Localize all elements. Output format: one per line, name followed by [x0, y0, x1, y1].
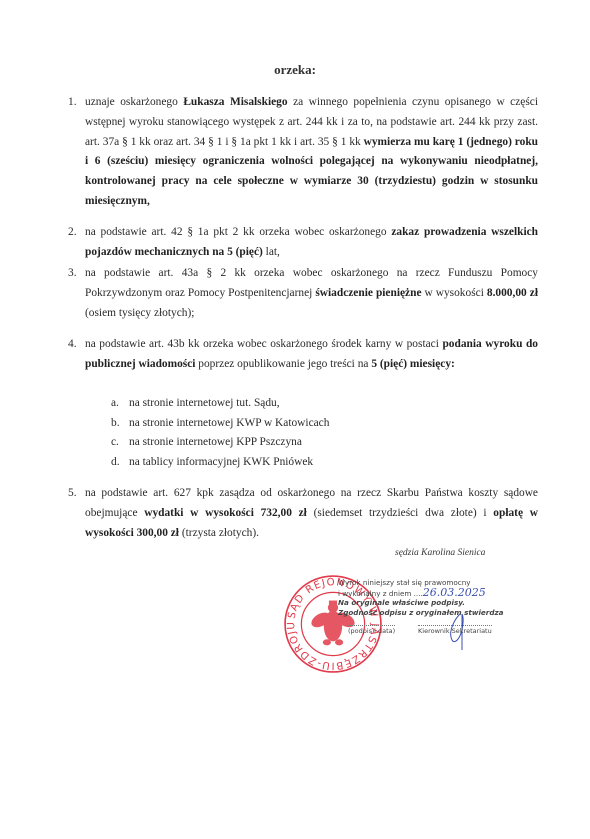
- text-fragment: poprzez opublikowanie jego treści na: [195, 358, 371, 370]
- handwritten-signature-icon: [440, 612, 480, 652]
- text-fragment: na podstawie art. 43b kk orzeka wobec os…: [85, 338, 442, 350]
- text-fragment: (siedemset trzydzieści dwa złote) i: [307, 507, 493, 519]
- cert-line-4: Zgodność odpisu z oryginałem stwierdza: [338, 608, 538, 618]
- text-fragment: (trzysta złotych).: [179, 527, 259, 539]
- section-heading: orzeka:: [0, 62, 590, 78]
- bold-fragment: wydatki w wysokości 732,00 zł: [144, 507, 307, 519]
- item-text: na podstawie art. 43a § 2 kk orzeka wobe…: [85, 264, 538, 323]
- ruling-item: 3.na podstawie art. 43a § 2 kk orzeka wo…: [68, 264, 538, 323]
- item-text: na podstawie art. 43b kk orzeka wobec os…: [85, 335, 538, 375]
- bold-fragment: 8.000,00 zł: [487, 287, 538, 299]
- subitem-letter: c.: [111, 433, 129, 453]
- document-page: orzeka: 1.uznaje oskarżonego Łukasza Mis…: [0, 0, 590, 839]
- bold-fragment: świadczenie pieniężne: [315, 287, 421, 299]
- left-signature-caption: (podpis i data): [348, 625, 395, 635]
- cert-line-2: i wykonalny z dniem ....26.03.2025: [338, 588, 538, 599]
- text-fragment: w wysokości: [422, 287, 487, 299]
- item-number: 5.: [68, 484, 84, 504]
- cert-line-3: Na oryginale właściwe podpisy.: [338, 598, 538, 608]
- ruling-item: 4.na podstawie art. 43b kk orzeka wobec …: [68, 335, 538, 375]
- publication-subitem: a.na stronie internetowej tut. Sądu,: [111, 394, 280, 414]
- subitem-letter: b.: [111, 414, 129, 434]
- bold-fragment: Łukasza Misalskiego: [183, 96, 287, 108]
- publication-subitem: c.na stronie internetowej KPP Pszczyna: [111, 433, 302, 453]
- subitem-text: na stronie internetowej KWP w Katowicach: [129, 417, 329, 429]
- text-fragment: uznaje oskarżonego: [85, 96, 183, 108]
- subitem-text: na tablicy informacyjnej KWK Pniówek: [129, 456, 313, 468]
- text-fragment: (osiem tysięcy złotych);: [85, 307, 194, 319]
- item-number: 3.: [68, 264, 84, 284]
- subitem-letter: d.: [111, 453, 129, 473]
- ruling-item: 2.na podstawie art. 42 § 1a pkt 2 kk orz…: [68, 223, 538, 263]
- item-number: 1.: [68, 93, 84, 113]
- publication-subitem: d.na tablicy informacyjnej KWK Pniówek: [111, 453, 313, 473]
- item-number: 2.: [68, 223, 84, 243]
- ruling-item: 5.na podstawie art. 627 kpk zasądza od o…: [68, 484, 538, 543]
- publication-subitem: b.na stronie internetowej KWP w Katowica…: [111, 414, 329, 434]
- bold-fragment: 5 (pięć) miesięcy:: [371, 358, 455, 370]
- legal-validity-certification: Wyrok niniejszy stał się prawomocny i wy…: [338, 578, 538, 617]
- item-text: na podstawie art. 42 § 1a pkt 2 kk orzek…: [85, 223, 538, 263]
- handwritten-date: 26.03.2025: [423, 586, 486, 599]
- subitem-text: na stronie internetowej KPP Pszczyna: [129, 436, 302, 448]
- item-text: na podstawie art. 627 kpk zasądza od osk…: [85, 484, 538, 543]
- item-number: 4.: [68, 335, 84, 355]
- text-fragment: lat,: [263, 246, 280, 258]
- item-text: uznaje oskarżonego Łukasza Misalskiego z…: [85, 93, 538, 212]
- judge-signature: sędzia Karolina Sienica: [395, 548, 485, 558]
- subitem-letter: a.: [111, 394, 129, 414]
- text-fragment: na podstawie art. 42 § 1a pkt 2 kk orzek…: [85, 226, 391, 238]
- ruling-item: 1.uznaje oskarżonego Łukasza Misalskiego…: [68, 93, 538, 212]
- subitem-text: na stronie internetowej tut. Sądu,: [129, 397, 280, 409]
